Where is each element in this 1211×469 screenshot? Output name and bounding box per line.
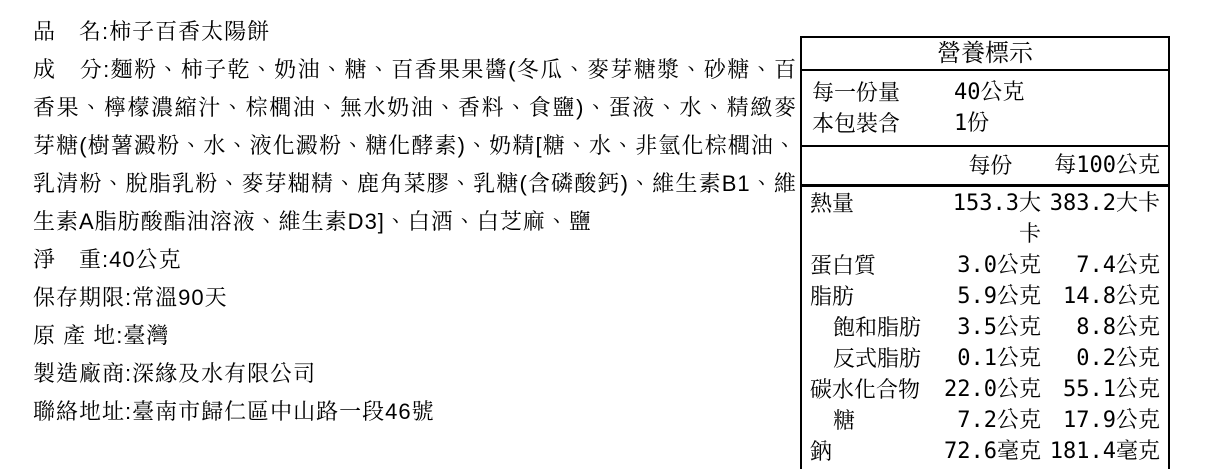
nutrition-row-sodium: 鈉 72.6毫克 181.4毫克	[810, 436, 1160, 467]
field-contact-address: 聯絡地址:臺南市歸仁區中山路一段46號	[33, 393, 797, 431]
per-100g-value: 0.2公克	[1041, 343, 1160, 374]
nutrient-name: 反式脂肪	[810, 343, 940, 374]
per-100g-value: 181.4毫克	[1041, 436, 1160, 467]
field-value: 深緣及水有限公司	[132, 361, 316, 386]
per-100g-value: 55.1公克	[1041, 374, 1160, 405]
per-100g-value: 14.8公克	[1041, 281, 1160, 312]
per-serving-value: 72.6毫克	[940, 436, 1041, 467]
serving-size-row: 每一份量 40公克	[812, 77, 1158, 108]
per-serving-value: 153.3大卡	[940, 188, 1041, 250]
field-label: 品 名:	[33, 19, 109, 44]
per-serving-value: 0.1公克	[940, 343, 1041, 374]
field-manufacturer: 製造廠商:深緣及水有限公司	[33, 355, 797, 393]
nutrition-rows: 熱量 153.3大卡 383.2大卡 蛋白質 3.0公克 7.4公克 脂肪 5.…	[802, 187, 1168, 469]
field-value: 麵粉、柿子乾、奶油、糖、百香果果醬(冬瓜、麥芽糖漿、砂糖、百香果、檸檬濃縮汁、棕…	[33, 57, 797, 234]
per-serving-value: 3.5公克	[940, 312, 1041, 343]
field-value: 臺南市歸仁區中山路一段46號	[132, 399, 434, 424]
serving-info-section: 每一份量 40公克 本包裝含 1份	[802, 71, 1168, 147]
nutrition-row-saturated-fat: 飽和脂肪 3.5公克 8.8公克	[810, 312, 1160, 343]
nutrient-name: 脂肪	[810, 281, 940, 312]
nutrient-name: 碳水化合物	[810, 374, 940, 405]
food-label-page: { "page": { "background_color": "#ffffff…	[0, 0, 1211, 469]
field-net-weight: 淨 重:40公克	[33, 241, 797, 279]
per-serving-value: 3.0公克	[940, 250, 1041, 281]
per-100g-value: 7.4公克	[1041, 250, 1160, 281]
nutrition-row-carbohydrate: 碳水化合物 22.0公克 55.1公克	[810, 374, 1160, 405]
field-value: 常溫90天	[132, 285, 227, 310]
field-label: 聯絡地址:	[33, 399, 132, 424]
field-label: 製造廠商:	[33, 361, 132, 386]
per-serving-value: 7.2公克	[940, 405, 1041, 436]
field-label: 原 產 地:	[33, 323, 123, 348]
nutrient-name: 蛋白質	[810, 250, 940, 281]
per-serving-value: 5.9公克	[940, 281, 1041, 312]
field-origin: 原 產 地:臺灣	[33, 317, 797, 355]
nutrient-name: 糖	[810, 405, 940, 436]
per-100g-column-header: 每100公克	[1041, 150, 1160, 181]
nutrient-name: 鈉	[810, 436, 940, 467]
serving-size-value: 40公克	[954, 77, 1025, 108]
serving-size-label: 每一份量	[812, 77, 954, 108]
servings-per-package-label: 本包裝含	[812, 108, 954, 139]
per-serving-value: 22.0公克	[940, 374, 1041, 405]
field-ingredients: 成 分:麵粉、柿子乾、奶油、糖、百香果果醬(冬瓜、麥芽糖漿、砂糖、百香果、檸檬濃…	[33, 51, 797, 241]
servings-per-package-value: 1份	[954, 108, 989, 139]
product-info-block: 品 名:柿子百香太陽餅 成 分:麵粉、柿子乾、奶油、糖、百香果果醬(冬瓜、麥芽糖…	[33, 13, 797, 431]
nutrition-row-sugar: 糖 7.2公克 17.9公克	[810, 405, 1160, 436]
per-serving-column-header: 每份	[940, 150, 1041, 181]
field-label: 保存期限:	[33, 285, 132, 310]
per-100g-value: 8.8公克	[1041, 312, 1160, 343]
per-100g-value: 17.9公克	[1041, 405, 1160, 436]
nutrition-row-fat: 脂肪 5.9公克 14.8公克	[810, 281, 1160, 312]
nutrition-table: 營養標示 每一份量 40公克 本包裝含 1份 每份 每100公克 熱量 153.…	[800, 36, 1170, 469]
servings-per-package-row: 本包裝含 1份	[812, 108, 1158, 139]
column-header-row: 每份 每100公克	[802, 147, 1168, 187]
field-value: 臺灣	[123, 323, 169, 348]
field-shelf-life: 保存期限:常溫90天	[33, 279, 797, 317]
per-100g-value: 383.2大卡	[1041, 188, 1160, 250]
nutrient-name: 飽和脂肪	[810, 312, 940, 343]
field-label: 淨 重:	[33, 247, 109, 272]
field-label: 成 分:	[33, 57, 110, 82]
field-value: 40公克	[109, 247, 181, 272]
nutrition-row-protein: 蛋白質 3.0公克 7.4公克	[810, 250, 1160, 281]
field-value: 柿子百香太陽餅	[109, 19, 270, 44]
nutrition-table-title: 營養標示	[802, 38, 1168, 71]
nutrition-row-trans-fat: 反式脂肪 0.1公克 0.2公克	[810, 343, 1160, 374]
nutrient-name: 熱量	[810, 188, 940, 250]
field-product-name: 品 名:柿子百香太陽餅	[33, 13, 797, 51]
column-header-spacer	[810, 150, 940, 181]
nutrition-row-calories: 熱量 153.3大卡 383.2大卡	[810, 188, 1160, 250]
